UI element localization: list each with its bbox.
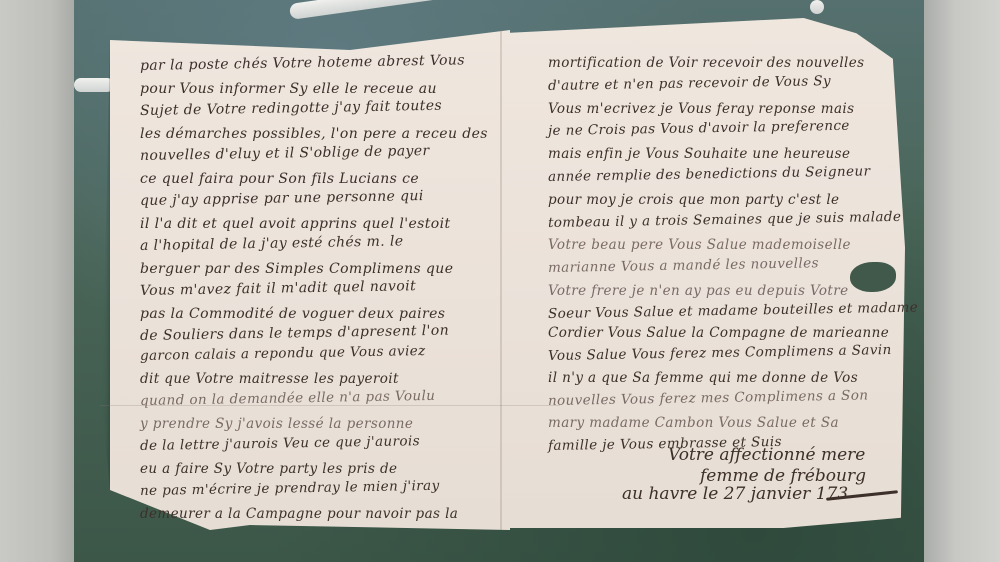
handwritten-line: je ne Crois pas Vous d'avoir la preferen… <box>548 114 918 143</box>
handwritten-line: par la poste chés Votre hoteme abrest Vo… <box>140 49 488 78</box>
handwritten-line: garcon calais a repondu que Vous aviez <box>140 339 459 367</box>
right-page-text: mortification de Voir recevoir des nouve… <box>548 52 918 326</box>
place-and-date: au havre le 27 janvier 173 <box>622 484 848 504</box>
handwritten-line: ne pas m'écrire je prendray le mien j'ir… <box>140 474 459 502</box>
handwritten-line: que j'ay apprise par une personne qui <box>140 184 488 213</box>
handwritten-line: Sujet de Votre redingotte j'ay fait tout… <box>140 94 488 123</box>
blurred-left-panel <box>0 0 74 562</box>
left-page-text: par la poste chés Votre hoteme abrest Vo… <box>140 55 488 348</box>
handwritten-line: marianne Vous a mandé les nouvelles <box>548 251 918 280</box>
handwritten-line: a l'hopital de la j'ay esté chés m. le <box>140 229 488 258</box>
white-cord <box>810 0 824 14</box>
letter-signature: femme de frébourg <box>700 466 866 486</box>
paper-fold-crease <box>500 30 502 530</box>
right-page-text-continued: Cordier Vous Salue la Compagne de mariea… <box>548 322 892 457</box>
blurred-right-panel <box>924 0 1000 562</box>
left-page-text-continued: garcon calais a repondu que Vous aviez d… <box>140 345 458 525</box>
handwritten-line: de la lettre j'aurois Veu ce que j'auroi… <box>140 429 459 457</box>
handwritten-line: demeurer a la Campagne pour navoir pas l… <box>140 503 458 526</box>
handwritten-line: quand on la demandée elle n'a pas Voulu <box>140 384 459 412</box>
white-cord <box>74 78 114 92</box>
handwritten-line: Vous m'avez fait il m'adit quel navoit <box>140 274 488 303</box>
handwritten-line: nouvelles d'eluy et il S'oblige de payer <box>140 139 488 168</box>
